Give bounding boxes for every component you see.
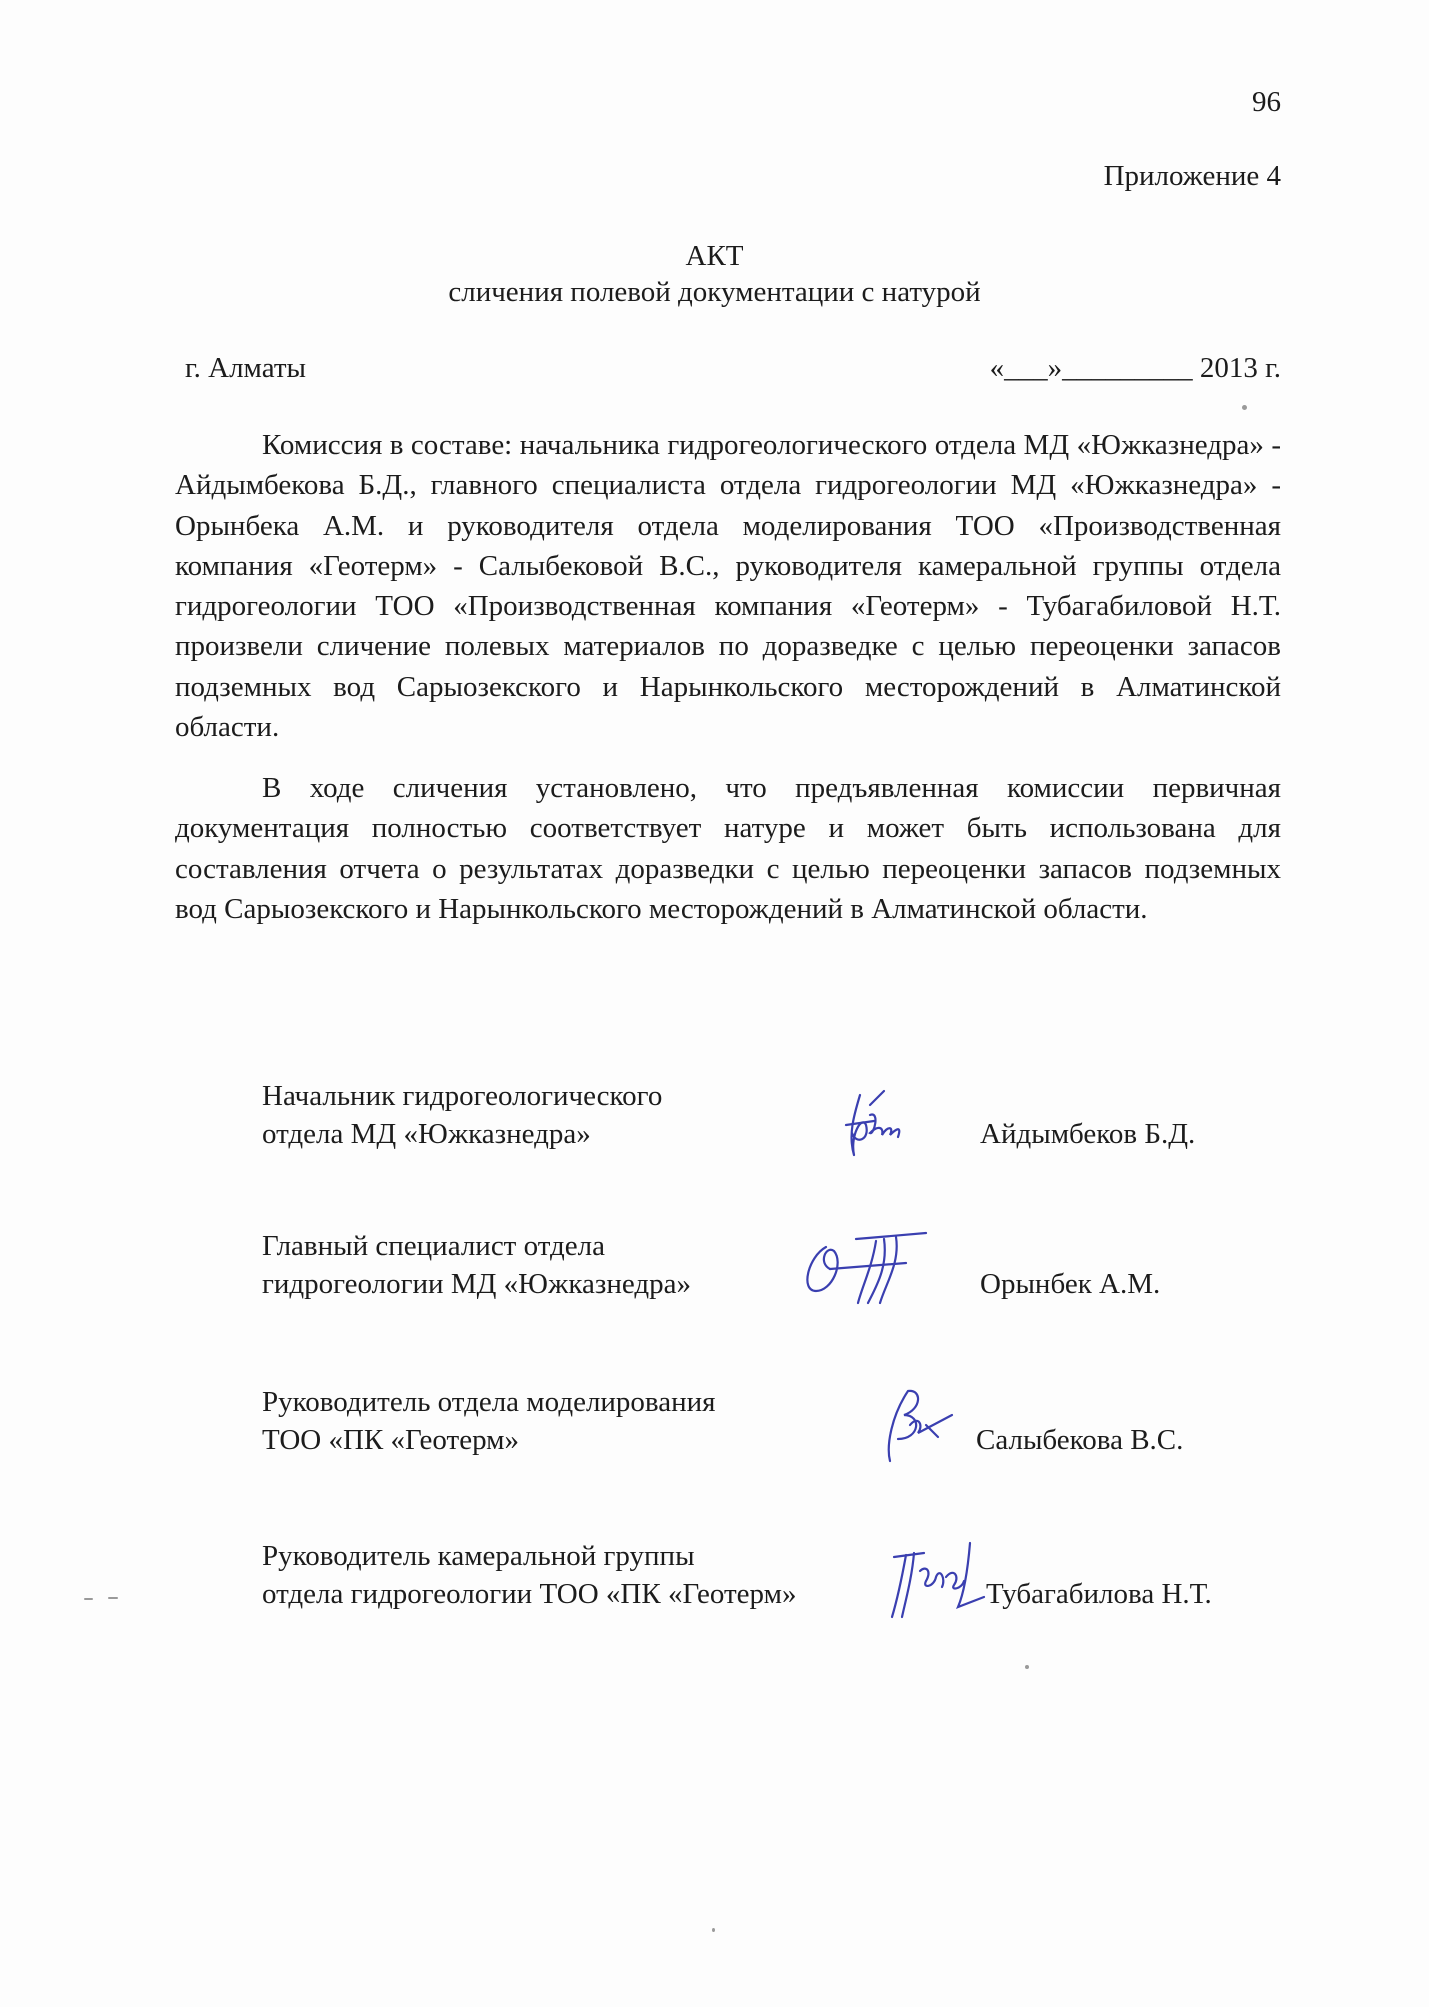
date-field: «___»_________ 2013 г. bbox=[990, 352, 1281, 385]
scan-speck bbox=[1025, 1665, 1029, 1669]
document-title: АКТ bbox=[0, 240, 1429, 273]
signatory-title-line: Главный специалист отдела bbox=[262, 1227, 691, 1265]
signatory-name: Салыбекова В.С. bbox=[976, 1421, 1183, 1459]
scan-speck bbox=[84, 1598, 93, 1600]
signatory-title: Начальник гидрогеологического отдела МД … bbox=[262, 1077, 662, 1153]
findings-paragraph: В ходе сличения установлено, что предъяв… bbox=[175, 768, 1281, 929]
signatory-title-line: Руководитель камеральной группы bbox=[262, 1537, 796, 1575]
page-number: 96 bbox=[1252, 88, 1281, 117]
signatory-name: Тубагабилова Н.Т. bbox=[986, 1575, 1212, 1613]
signatory-name: Айдымбеков Б.Д. bbox=[980, 1115, 1195, 1153]
signatory-title-line: Начальник гидрогеологического bbox=[262, 1077, 662, 1115]
appendix-label: Приложение 4 bbox=[1104, 162, 1281, 191]
signature-block: Главный специалист отдела гидрогеологии … bbox=[262, 1227, 1282, 1307]
document-subtitle: сличения полевой документации с натурой bbox=[0, 276, 1429, 309]
signature-block: Руководитель камеральной группы отдела г… bbox=[262, 1537, 1282, 1617]
commission-paragraph: Комиссия в составе: начальника гидрогеол… bbox=[175, 425, 1281, 747]
signatory-title: Руководитель камеральной группы отдела г… bbox=[262, 1537, 796, 1613]
handwritten-signature-icon bbox=[796, 1227, 946, 1307]
signature-block: Начальник гидрогеологического отдела МД … bbox=[262, 1077, 1282, 1157]
handwritten-signature-icon bbox=[884, 1537, 994, 1627]
scan-speck bbox=[712, 1928, 715, 1932]
signatory-title-line: Руководитель отдела моделирования bbox=[262, 1383, 716, 1421]
city-label: г. Алматы bbox=[185, 352, 306, 385]
signatory-title-line: отдела гидрогеологии ТОО «ПК «Геотерм» bbox=[262, 1575, 796, 1613]
signatory-title: Главный специалист отдела гидрогеологии … bbox=[262, 1227, 691, 1303]
signatory-name: Орынбек А.М. bbox=[980, 1265, 1160, 1303]
handwritten-signature-icon bbox=[840, 1085, 920, 1165]
signatory-title-line: отдела МД «Южказнедра» bbox=[262, 1115, 662, 1153]
scan-speck bbox=[108, 1597, 118, 1599]
signatory-title-line: гидрогеологии МД «Южказнедра» bbox=[262, 1265, 691, 1303]
signatory-title: Руководитель отдела моделирования ТОО «П… bbox=[262, 1383, 716, 1459]
signature-block: Руководитель отдела моделирования ТОО «П… bbox=[262, 1383, 1282, 1463]
scan-speck bbox=[1242, 405, 1247, 410]
handwritten-signature-icon bbox=[882, 1385, 962, 1465]
signatory-title-line: ТОО «ПК «Геотерм» bbox=[262, 1421, 716, 1459]
